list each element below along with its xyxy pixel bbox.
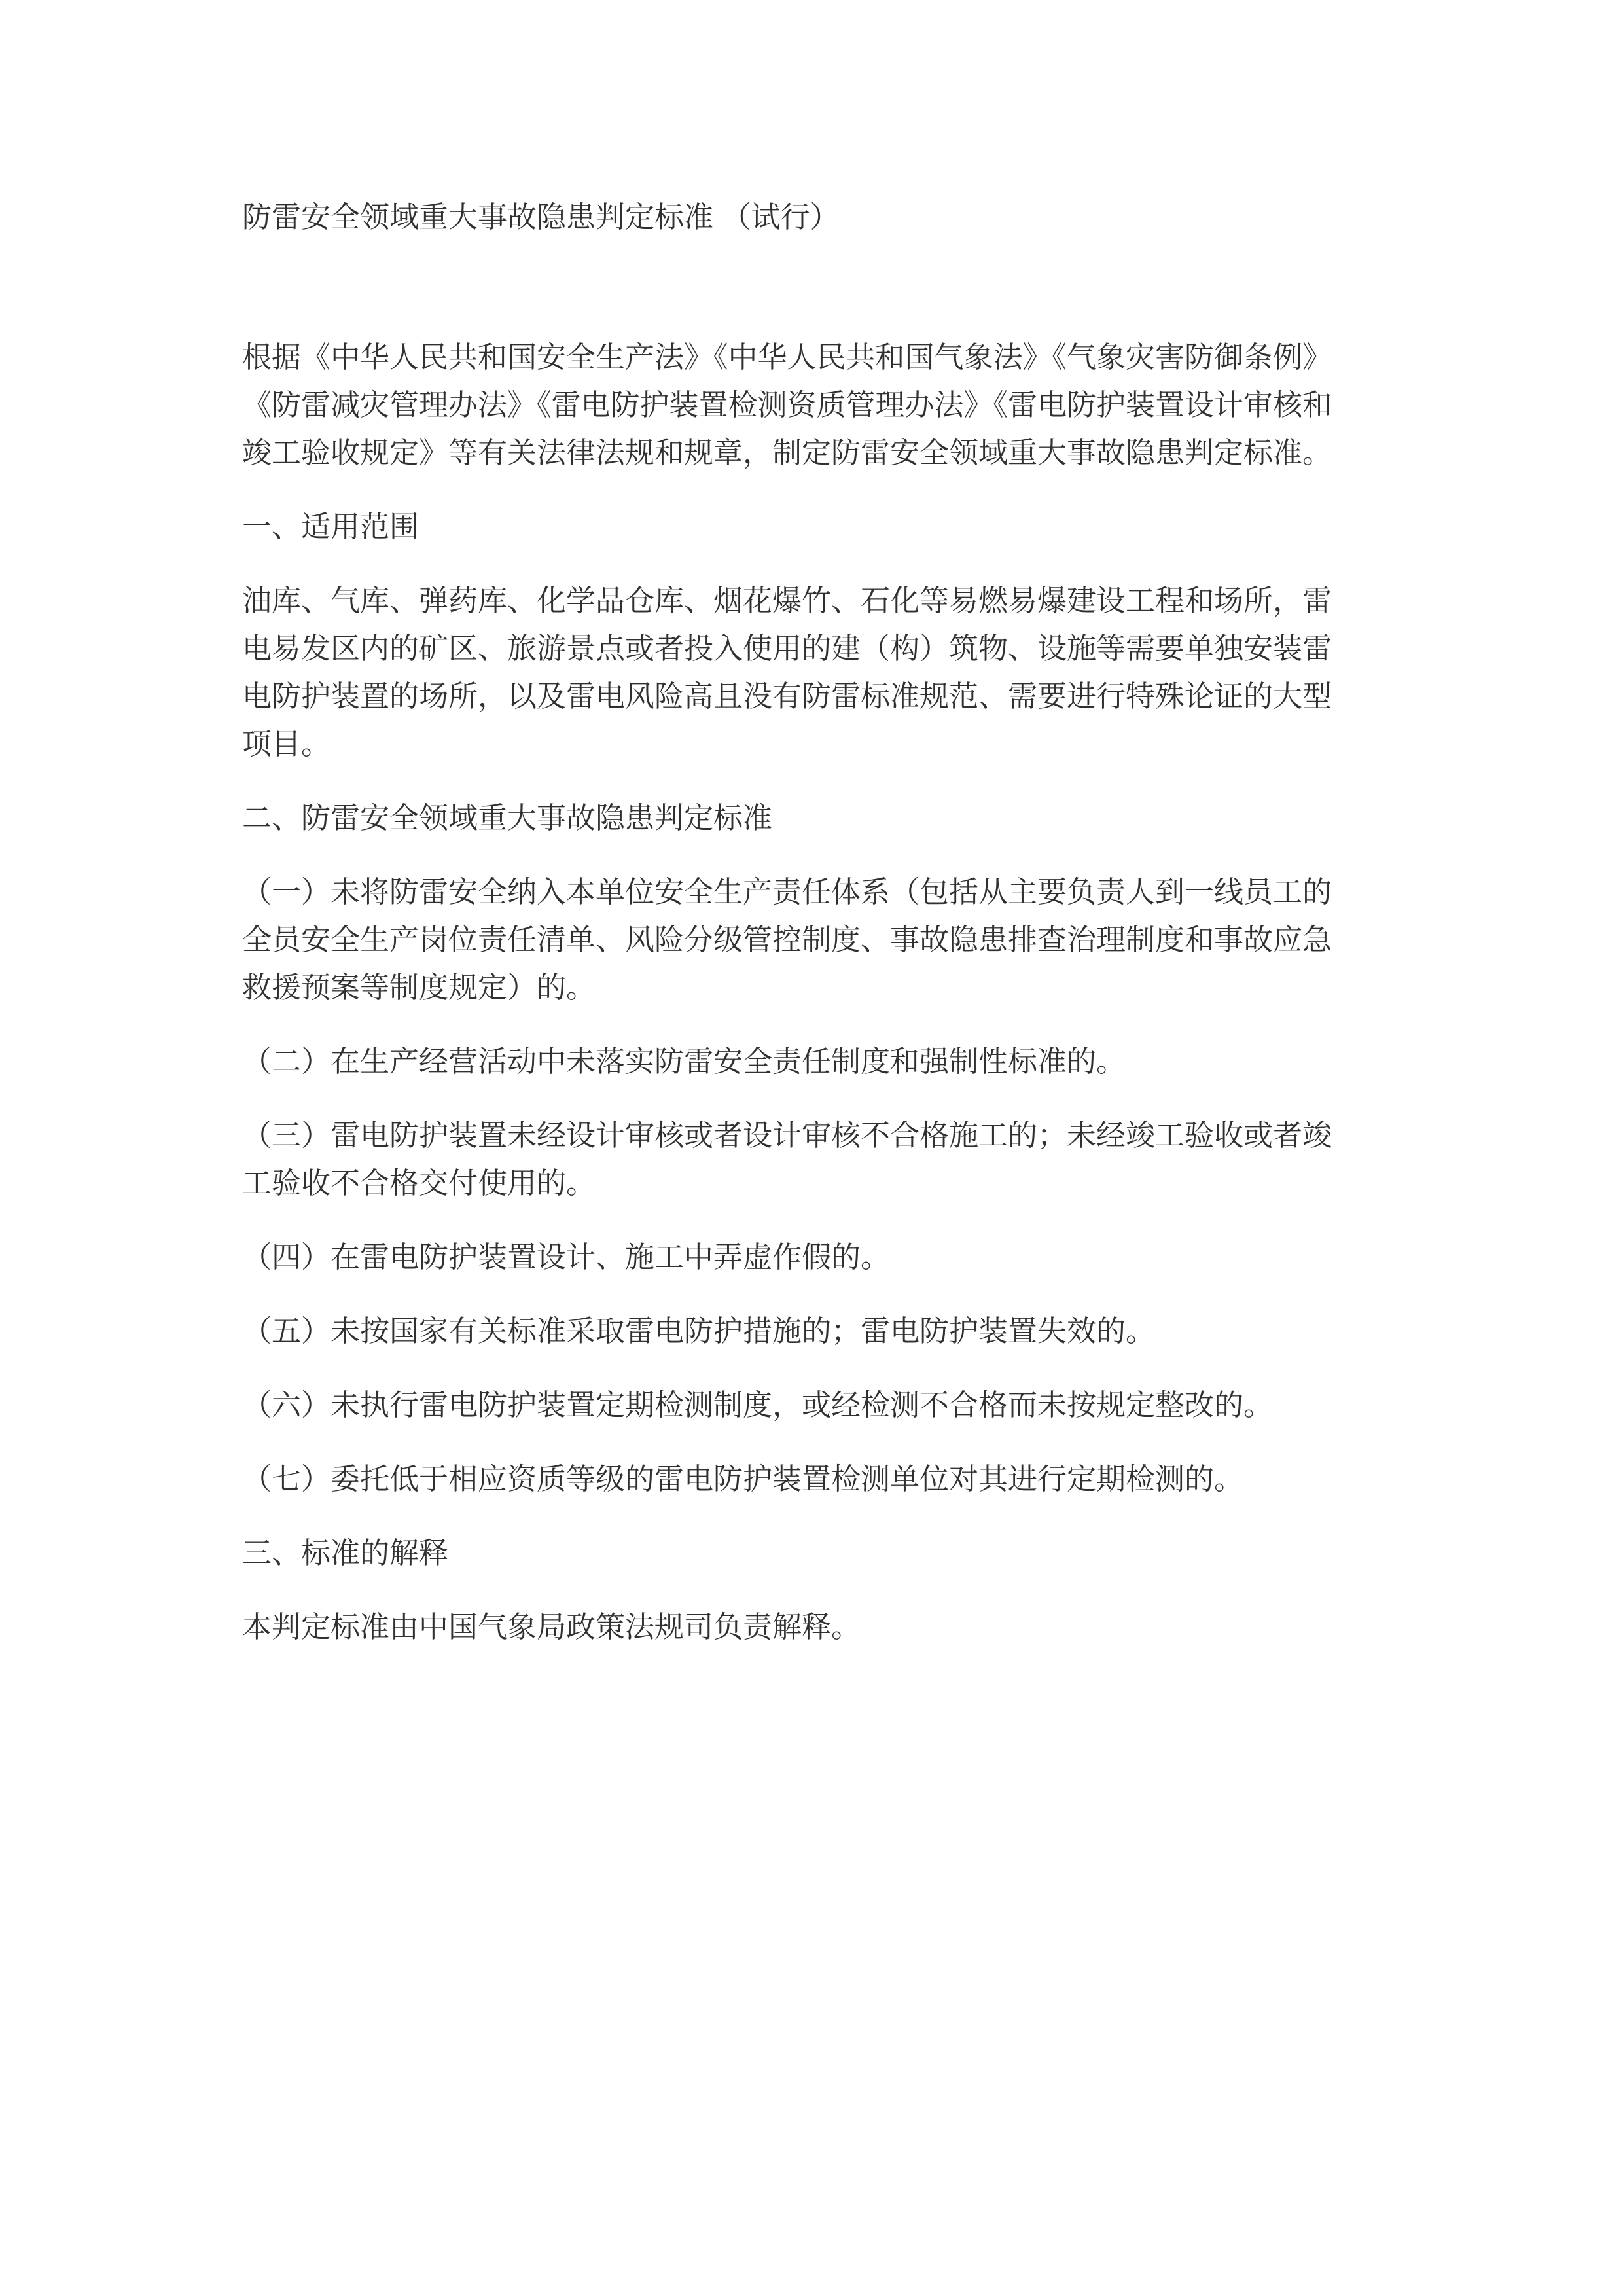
paragraph: 油库、气库、弹药库、化学品仓库、烟花爆竹、石化等易燃易爆建设工程和场所，雷 电易… [242,577,1381,768]
document-title: 防雷安全领域重大事故隐患判定标准 （试行） [242,193,1381,241]
section-heading: 二、防雷安全领域重大事故隐患判定标准 [242,794,1381,842]
section-heading: 三、标准的解释 [242,1529,1381,1577]
paragraph: （一）未将防雷安全纳入本单位安全生产责任体系（包括从主要负责人到一线员工的 全员… [242,868,1381,1011]
section-heading: 一、适用范围 [242,503,1381,550]
paragraph: （三）雷电防护装置未经设计审核或者设计审核不合格施工的；未经竣工验收或者竣 工验… [242,1111,1381,1207]
paragraph: 根据《中华人民共和国安全生产法》《中华人民共和国气象法》《气象灾害防御条例》 《… [242,333,1381,476]
paragraph: （五）未按国家有关标准采取雷电防护措施的；雷电防护装置失效的。 [242,1307,1381,1355]
paragraph: 本判定标准由中国气象局政策法规司负责解释。 [242,1603,1381,1651]
paragraph: （四）在雷电防护装置设计、施工中弄虚作假的。 [242,1233,1381,1281]
paragraph: （六）未执行雷电防护装置定期检测制度，或经检测不合格而未按规定整改的。 [242,1381,1381,1429]
paragraph: （七）委托低于相应资质等级的雷电防护装置检测单位对其进行定期检测的。 [242,1455,1381,1503]
document-content: 防雷安全领域重大事故隐患判定标准 （试行）根据《中华人民共和国安全生产法》《中华… [242,193,1381,1651]
document-page: 防雷安全领域重大事故隐患判定标准 （试行）根据《中华人民共和国安全生产法》《中华… [0,0,1623,2296]
paragraph: （二）在生产经营活动中未落实防雷安全责任制度和强制性标准的。 [242,1037,1381,1085]
